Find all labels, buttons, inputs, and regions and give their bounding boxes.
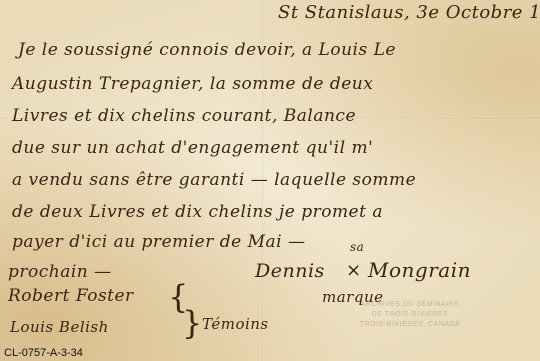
- body-line: Livres et dix chelins courant, Balance: [12, 106, 356, 126]
- witnesses-label: Témoins: [202, 315, 269, 333]
- body-line: Augustin Trepagnier, la somme de deux: [12, 74, 373, 94]
- stamp-line: DE TROIS-RIVIÈRES: [335, 310, 485, 320]
- witness-name: Louis Belish: [10, 318, 109, 336]
- signature-above: sa: [350, 240, 364, 254]
- signature-mark: ×: [346, 260, 362, 281]
- body-line: Je le soussigné connois devoir, a Louis …: [18, 40, 396, 60]
- brace-symbol: }: [182, 304, 203, 342]
- place-date: St Stanislaus, 3e Octobre 1842: [278, 2, 540, 23]
- body-line: due sur un achat d'engagement qu'il m': [12, 138, 373, 158]
- body-line: de deux Livres et dix chelins je promet …: [12, 202, 383, 222]
- stamp-line: TROIS-RIVIÈRES, CANADA: [335, 320, 485, 330]
- signature-first-name: Dennis: [255, 260, 325, 282]
- body-line: a vendu sans être garanti — laquelle som…: [12, 170, 416, 190]
- body-line: payer d'ici au premier de Mai —: [12, 232, 306, 252]
- signature-last-name: Mongrain: [368, 258, 471, 282]
- body-line: prochain —: [8, 262, 112, 282]
- witness-name: Robert Foster: [8, 286, 134, 306]
- archive-id: CL-0757-A-3-34: [4, 347, 83, 359]
- stamp-line: ARCHIVES DU SÉMINAIRE: [335, 300, 485, 310]
- manuscript-page: St Stanislaus, 3e Octobre 1842 Je le sou…: [0, 0, 540, 361]
- archive-stamp: ARCHIVES DU SÉMINAIRE DE TROIS-RIVIÈRES …: [335, 300, 485, 330]
